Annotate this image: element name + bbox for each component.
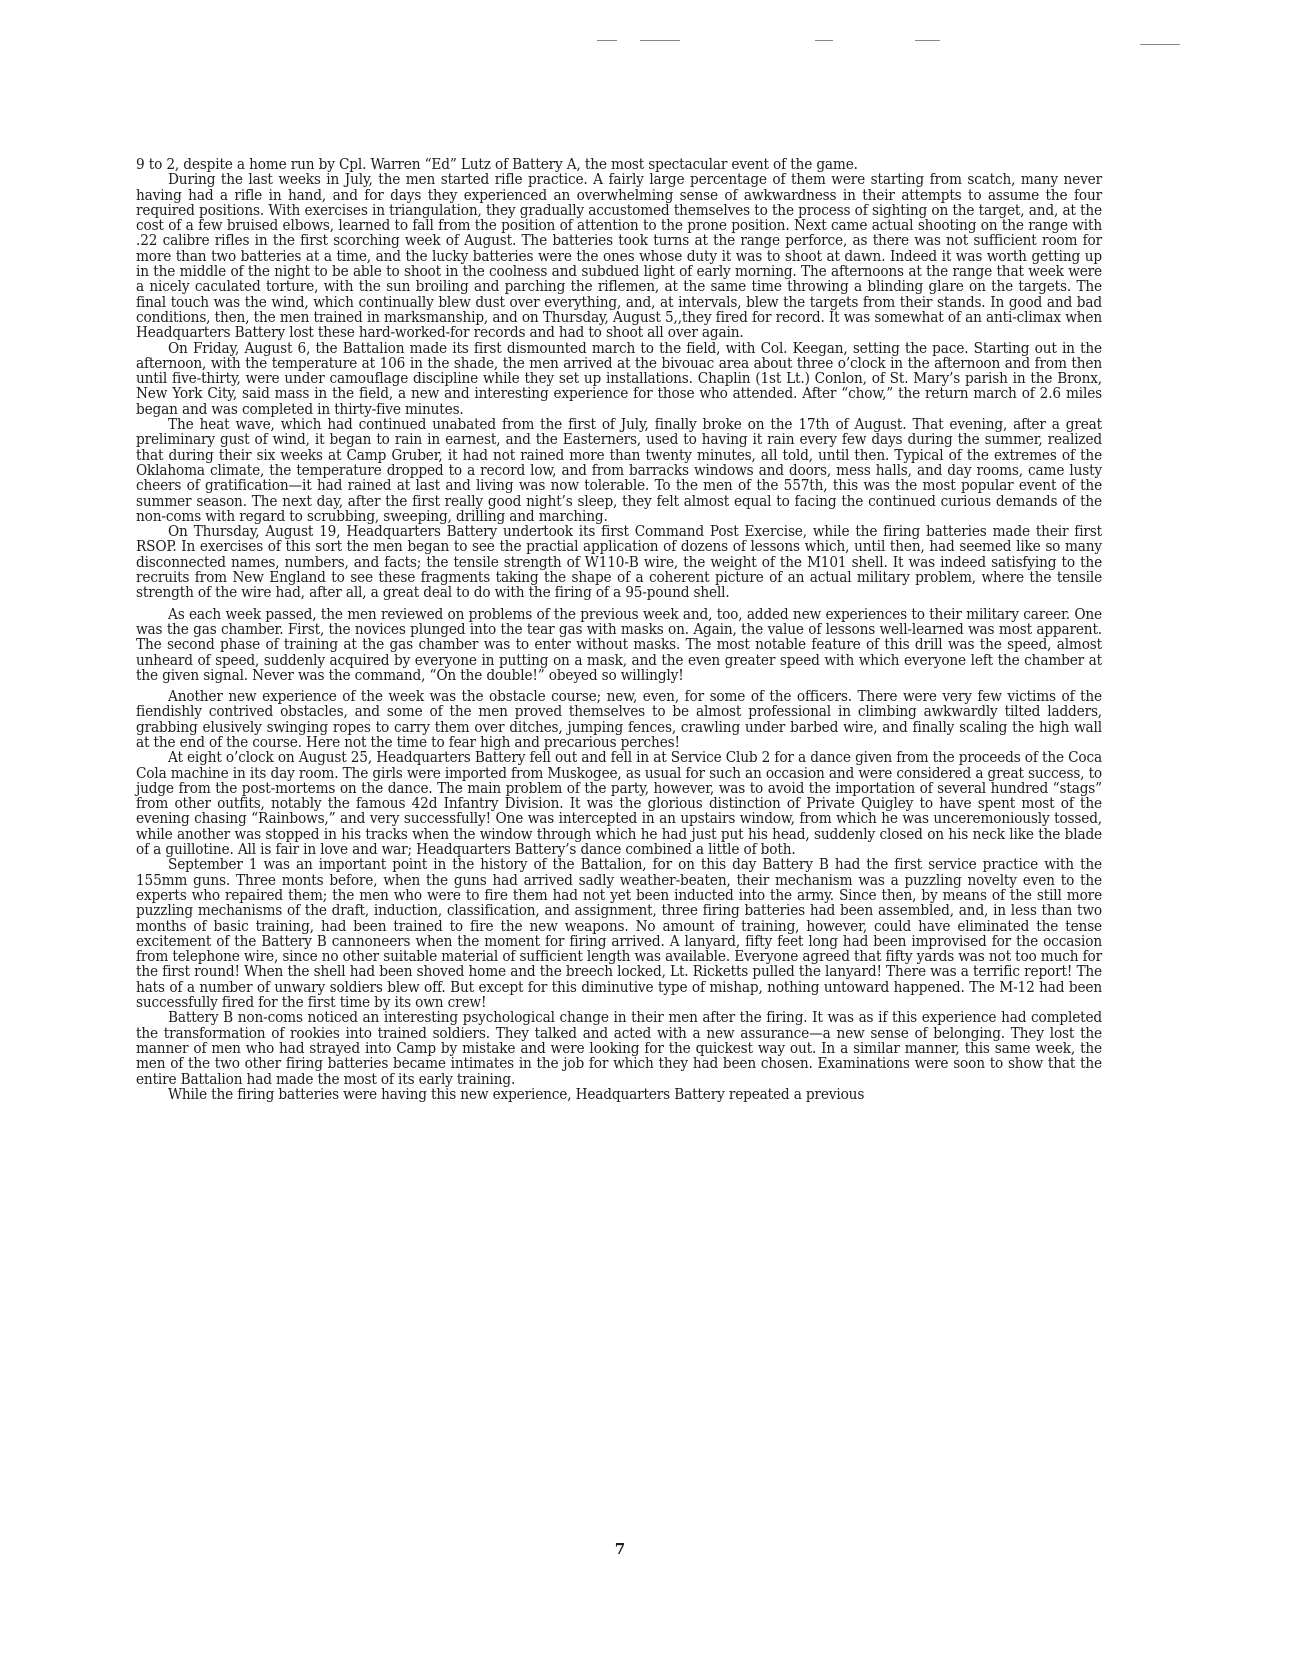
paragraph: The heat wave, which had continued unaba… — [136, 417, 1102, 524]
paragraph: At eight o’clock on August 25, Headquart… — [136, 750, 1102, 857]
paragraph: During the last weeks in July, the men s… — [136, 172, 1102, 340]
paragraph: While the firing batteries were having t… — [136, 1087, 1102, 1102]
document-page: 9 to 2, despite a home run by Cpl. Warre… — [136, 157, 1102, 1102]
paragraph: Another new experience of the week was t… — [136, 689, 1102, 750]
page-number: 7 — [0, 1540, 1240, 1558]
paragraph: September 1 was an important point in th… — [136, 857, 1102, 1010]
paragraph: Battery B non-coms noticed an interestin… — [136, 1010, 1102, 1086]
paragraph: On Friday, August 6, the Battalion made … — [136, 341, 1102, 417]
paragraph: On Thursday, August 19, Headquarters Bat… — [136, 524, 1102, 600]
paragraph: As each week passed, the men reviewed on… — [136, 607, 1102, 683]
